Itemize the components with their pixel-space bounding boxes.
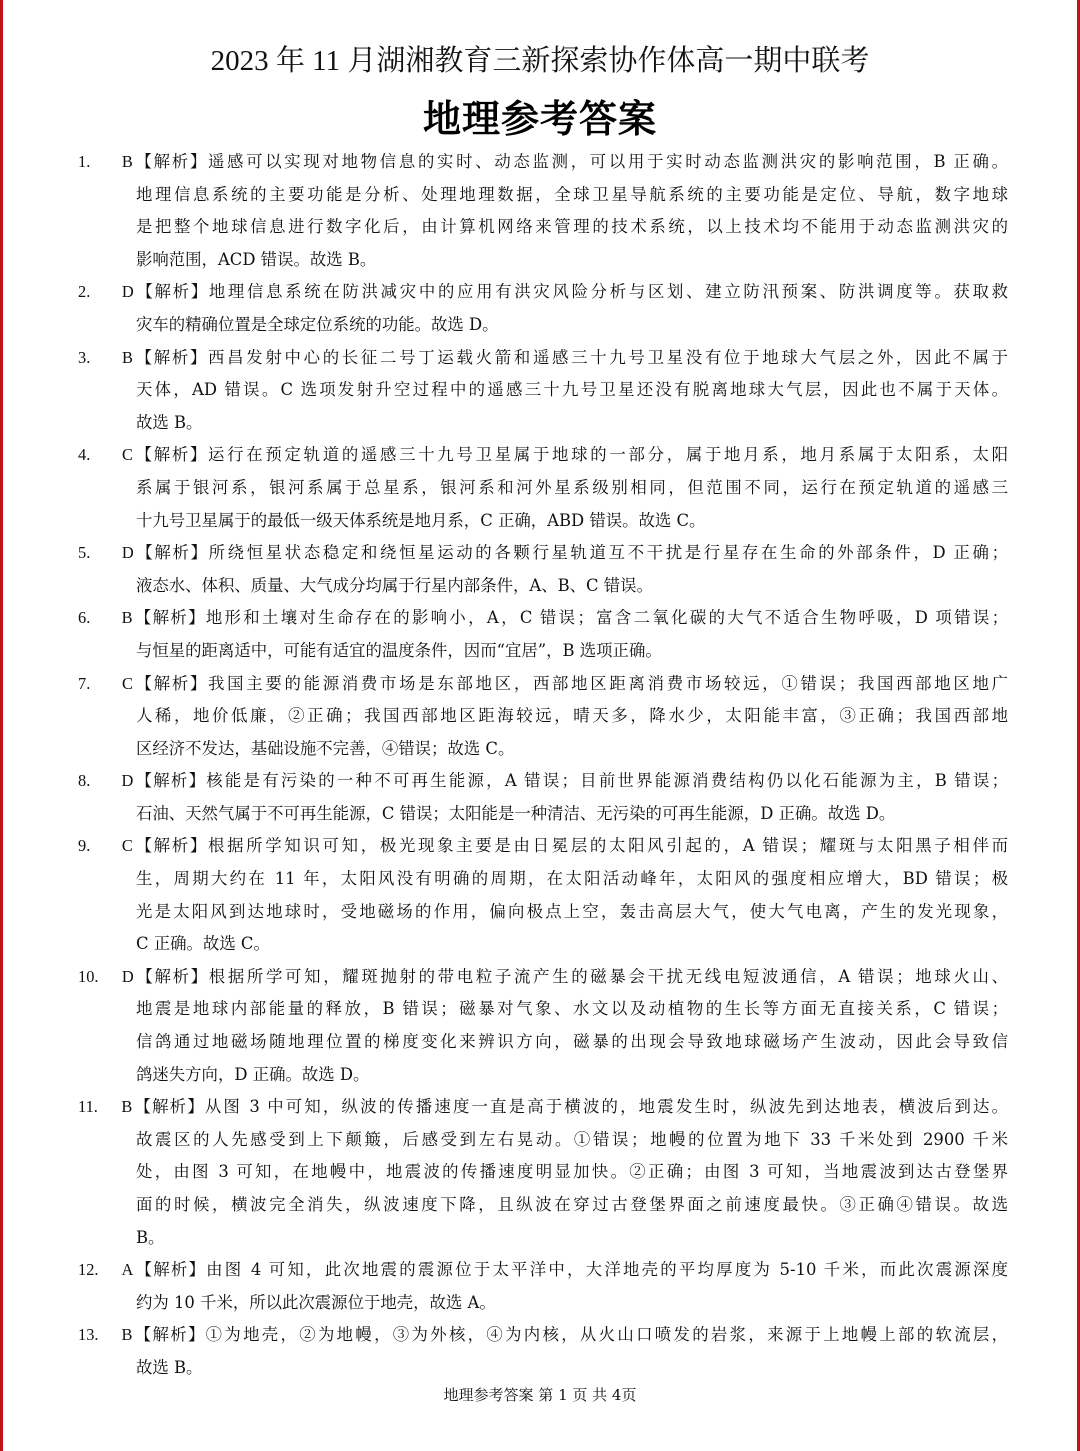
- answer-text: 信鸽通过地磁场随地理位置的梯度变化来辨识方向，磁暴的出现会导致地球磁场产生波动，…: [136, 1032, 1008, 1051]
- answer-first-line: 9. C【解析】根据所学知识可知，极光现象主要是由日冕层的太阳风引起的，A 错误…: [78, 830, 1008, 863]
- answer-continuation-line: 故选 B。: [78, 1352, 1008, 1385]
- answer-text: 核能是有污染的一种不可再生能源，A 错误；目前世界能源消费结构仍以化石能源为主，…: [206, 771, 1008, 790]
- answer-text: 面的时候，横波完全消失，纵波速度下降，且纵波在穿过古登堡界面之前速度最快。③正确…: [136, 1195, 1008, 1214]
- answer-letter: B: [122, 608, 133, 627]
- answer-letter: D: [122, 967, 134, 986]
- answer-text: 是把整个地球信息进行数字化后，由计算机网络来管理的技术系统，以上技术均不能用于动…: [136, 217, 1008, 236]
- answer-first-line: 6. B【解析】地形和土壤对生命存在的影响小，A，C 错误；富含二氧化碳的大气不…: [78, 602, 1008, 635]
- answer-text: 所绕恒星状态稳定和绕恒星运动的各颗行星轨道互不干扰是行星存在生命的外部条件，D …: [209, 543, 1008, 562]
- answer-first-line: 5. D【解析】所绕恒星状态稳定和绕恒星运动的各颗行星轨道互不干扰是行星存在生命…: [78, 537, 1008, 570]
- answer-text: 地理信息系统在防洪减灾中的应用有洪灾风险分析与区划、建立防汛预案、防洪调度等。获…: [209, 282, 1008, 301]
- answer-continuation-line: 系属于银河系，银河系属于总星系，银河系和河外星系级别相同，但范围不同，运行在预定…: [78, 472, 1008, 505]
- question-number: 12.: [78, 1254, 114, 1287]
- answer-item: 2. D【解析】地理信息系统在防洪减灾中的应用有洪灾风险分析与区划、建立防汛预案…: [78, 276, 1008, 341]
- answer-continuation-line: 故选 B。: [78, 407, 1008, 440]
- analysis-tag: 【解析】: [133, 445, 208, 464]
- answer-continuation-line: 面的时候，横波完全消失，纵波速度下降，且纵波在穿过古登堡界面之前速度最快。③正确…: [78, 1189, 1008, 1222]
- question-number: 11.: [78, 1091, 114, 1124]
- answer-text: 由图 4 可知，此次地震的震源位于太平洋中，大洋地壳的平均厚度为 5-10 千米…: [206, 1260, 1008, 1279]
- answer-item: 3. B【解析】西昌发射中心的长征二号丁运载火箭和遥感三十九号卫星没有位于地球大…: [78, 342, 1008, 440]
- answer-text: 区经济不发达，基础设施不完善，④错误；故选 C。: [136, 739, 514, 758]
- answer-first-line: 12. A【解析】由图 4 可知，此次地震的震源位于太平洋中，大洋地壳的平均厚度…: [78, 1254, 1008, 1287]
- analysis-tag: 【解析】: [133, 608, 206, 627]
- answer-letter: D: [122, 282, 134, 301]
- answer-text: 约为 10 千米，所以此次震源位于地壳，故选 A。: [136, 1293, 496, 1312]
- answer-item: 7. C【解析】我国主要的能源消费市场是东部地区，西部地区距离消费市场较远，①错…: [78, 668, 1008, 766]
- answer-text: 西昌发射中心的长征二号丁运载火箭和遥感三十九号卫星没有位于地球大气层之外，因此不…: [208, 348, 1008, 367]
- answer-first-line: 8. D【解析】核能是有污染的一种不可再生能源，A 错误；目前世界能源消费结构仍…: [78, 765, 1008, 798]
- answer-continuation-line: 十九号卫星属于的最低一级天体系统是地月系，C 正确，ABD 错误。故选 C。: [78, 505, 1008, 538]
- question-number: 4.: [78, 439, 114, 472]
- answer-text: 天体，AD 错误。C 选项发射升空过程中的遥感三十九号卫星还没有脱离地球大气层，…: [136, 380, 1008, 399]
- document-title: 2023 年 11 月湖湘教育三新探索协作体高一期中联考: [0, 38, 1080, 79]
- page-footer: 地理参考答案 第 1 页 共 4页: [0, 1384, 1080, 1405]
- question-number: 8.: [78, 765, 114, 798]
- analysis-tag: 【解析】: [132, 1325, 205, 1344]
- analysis-tag: 【解析】: [133, 152, 208, 171]
- answer-text: B。: [136, 1228, 164, 1247]
- question-number: 13.: [78, 1319, 114, 1352]
- answer-letter: A: [121, 1260, 133, 1279]
- answer-continuation-line: 石油、天然气属于不可再生能源，C 错误；太阳能是一种清洁、无污染的可再生能源，D…: [78, 798, 1008, 831]
- answer-continuation-line: 人稀，地价低廉，②正确；我国西部地区距海较远，晴天多，降水少，太阳能丰富，③正确…: [78, 700, 1008, 733]
- answer-continuation-line: 光是太阳风到达地球时，受地磁场的作用，偏向极点上空，轰击高层大气，使大气电离，产…: [78, 896, 1008, 929]
- answer-first-line: 7. C【解析】我国主要的能源消费市场是东部地区，西部地区距离消费市场较远，①错…: [78, 668, 1008, 701]
- page-border-left: [0, 0, 3, 1451]
- question-number: 6.: [78, 602, 114, 635]
- answer-text: C 正确。故选 C。: [136, 934, 270, 953]
- answer-item: 1. B【解析】遥感可以实现对地物信息的实时、动态监测，可以用于实时动态监测洪灾…: [78, 146, 1008, 276]
- answer-continuation-line: 影响范围，ACD 错误。故选 B。: [78, 244, 1008, 277]
- answer-text: 从图 3 中可知，纵波的传播速度一直是高于横波的，地震发生时，纵波先到达地表，横…: [205, 1097, 1008, 1116]
- analysis-tag: 【解析】: [133, 771, 206, 790]
- answer-letter: C: [122, 674, 133, 693]
- answer-continuation-line: 液态水、体积、质量、大气成分均属于行星内部条件，A、B、C 错误。: [78, 570, 1008, 603]
- answer-text: 故震区的人先感受到上下颠簸，后感受到左右晃动。①错误；地幔的位置为地下 33 千…: [136, 1130, 1008, 1149]
- analysis-tag: 【解析】: [133, 674, 208, 693]
- answer-text: 影响范围，ACD 错误。故选 B。: [136, 250, 376, 269]
- answer-text: 人稀，地价低廉，②正确；我国西部地区距海较远，晴天多，降水少，太阳能丰富，③正确…: [136, 706, 1008, 725]
- analysis-tag: 【解析】: [133, 348, 208, 367]
- analysis-tag: 【解析】: [134, 543, 209, 562]
- answer-continuation-line: 约为 10 千米，所以此次震源位于地壳，故选 A。: [78, 1287, 1008, 1320]
- analysis-tag: 【解析】: [133, 836, 208, 855]
- answer-continuation-line: 故震区的人先感受到上下颠簸，后感受到左右晃动。①错误；地幔的位置为地下 33 千…: [78, 1124, 1008, 1157]
- answer-letter: D: [121, 771, 133, 790]
- answer-item: 5. D【解析】所绕恒星状态稳定和绕恒星运动的各颗行星轨道互不干扰是行星存在生命…: [78, 537, 1008, 602]
- question-number: 9.: [78, 830, 114, 863]
- answer-continuation-line: B。: [78, 1222, 1008, 1255]
- answer-text: 故选 B。: [136, 1358, 202, 1377]
- answer-text: 地理信息系统的主要功能是分析、处理地理数据，全球卫星导航系统的主要功能是定位、导…: [136, 185, 1008, 204]
- analysis-tag: 【解析】: [134, 282, 209, 301]
- document-subtitle: 地理参考答案: [0, 88, 1080, 143]
- answer-continuation-line: 灾车的精确位置是全球定位系统的功能。故选 D。: [78, 309, 1008, 342]
- question-number: 2.: [78, 276, 114, 309]
- answer-letter: C: [122, 836, 133, 855]
- answer-item: 4. C【解析】运行在预定轨道的遥感三十九号卫星属于地球的一部分，属于地月系，地…: [78, 439, 1008, 537]
- answer-list: 1. B【解析】遥感可以实现对地物信息的实时、动态监测，可以用于实时动态监测洪灾…: [78, 146, 1008, 1385]
- analysis-tag: 【解析】: [132, 1097, 204, 1116]
- answer-text: 石油、天然气属于不可再生能源，C 错误；太阳能是一种清洁、无污染的可再生能源，D…: [136, 804, 895, 823]
- answer-text: 地形和土壤对生命存在的影响小，A，C 错误；富含二氧化碳的大气不适合生物呼吸，D…: [206, 608, 1008, 627]
- answer-item: 9. C【解析】根据所学知识可知，极光现象主要是由日冕层的太阳风引起的，A 错误…: [78, 830, 1008, 960]
- answer-continuation-line: 是把整个地球信息进行数字化后，由计算机网络来管理的技术系统，以上技术均不能用于动…: [78, 211, 1008, 244]
- question-number: 7.: [78, 668, 114, 701]
- answer-continuation-line: 区经济不发达，基础设施不完善，④错误；故选 C。: [78, 733, 1008, 766]
- answer-text: 故选 B。: [136, 413, 202, 432]
- answer-text: 处，由图 3 可知，在地幔中，地震波的传播速度明显加快。②正确；由图 3 可知，…: [136, 1162, 1008, 1181]
- answer-text: 液态水、体积、质量、大气成分均属于行星内部条件，A、B、C 错误。: [136, 576, 653, 595]
- answer-item: 13. B【解析】①为地壳，②为地幔，③为外核，④为内核，从火山口喷发的岩浆，来…: [78, 1319, 1008, 1384]
- answer-first-line: 11. B【解析】从图 3 中可知，纵波的传播速度一直是高于横波的，地震发生时，…: [78, 1091, 1008, 1124]
- answer-letter: D: [122, 543, 134, 562]
- question-number: 1.: [78, 146, 114, 179]
- answer-text: 系属于银河系，银河系属于总星系，银河系和河外星系级别相同，但范围不同，运行在预定…: [136, 478, 1008, 497]
- answer-text: 根据所学可知，耀斑抛射的带电粒子流产生的磁暴会干扰无线电短波通信，A 错误；地球…: [209, 967, 1008, 986]
- answer-text: 地震是地球内部能量的释放，B 错误；磁暴对气象、水文以及动植物的生长等方面无直接…: [136, 999, 1008, 1018]
- answer-first-line: 10. D【解析】根据所学可知，耀斑抛射的带电粒子流产生的磁暴会干扰无线电短波通…: [78, 961, 1008, 994]
- answer-first-line: 2. D【解析】地理信息系统在防洪减灾中的应用有洪灾风险分析与区划、建立防汛预案…: [78, 276, 1008, 309]
- answer-text: 光是太阳风到达地球时，受地磁场的作用，偏向极点上空，轰击高层大气，使大气电离，产…: [136, 902, 1008, 921]
- answer-continuation-line: 生，周期大约在 11 年，太阳风没有明确的周期，在太阳活动峰年，太阳风的强度相应…: [78, 863, 1008, 896]
- answer-text: ①为地壳，②为地幔，③为外核，④为内核，从火山口喷发的岩浆，来源于上地幔上部的软…: [206, 1325, 1008, 1344]
- answer-continuation-line: 天体，AD 错误。C 选项发射升空过程中的遥感三十九号卫星还没有脱离地球大气层，…: [78, 374, 1008, 407]
- answer-text: 灾车的精确位置是全球定位系统的功能。故选 D。: [136, 315, 499, 334]
- answer-text: 我国主要的能源消费市场是东部地区，西部地区距离消费市场较远，①错误；我国西部地区…: [208, 674, 1008, 693]
- answer-item: 10. D【解析】根据所学可知，耀斑抛射的带电粒子流产生的磁暴会干扰无线电短波通…: [78, 961, 1008, 1091]
- answer-letter: B: [122, 152, 133, 171]
- answer-text: 十九号卫星属于的最低一级天体系统是地月系，C 正确，ABD 错误。故选 C。: [136, 511, 705, 530]
- answer-continuation-line: 鸽迷失方向，D 正确。故选 D。: [78, 1059, 1008, 1092]
- answer-continuation-line: 地理信息系统的主要功能是分析、处理地理数据，全球卫星导航系统的主要功能是定位、导…: [78, 179, 1008, 212]
- answer-text: 根据所学知识可知，极光现象主要是由日冕层的太阳风引起的，A 错误；耀斑与太阳黑子…: [208, 836, 1008, 855]
- answer-letter: B: [122, 348, 133, 367]
- answer-text: 遥感可以实现对地物信息的实时、动态监测，可以用于实时动态监测洪灾的影响范围，B …: [208, 152, 1008, 171]
- answer-continuation-line: 与恒星的距离适中，可能有适宜的温度条件，因而“宜居”，B 选项正确。: [78, 635, 1008, 668]
- analysis-tag: 【解析】: [133, 1260, 206, 1279]
- answer-text: 生，周期大约在 11 年，太阳风没有明确的周期，在太阳活动峰年，太阳风的强度相应…: [136, 869, 1008, 888]
- answer-item: 12. A【解析】由图 4 可知，此次地震的震源位于太平洋中，大洋地壳的平均厚度…: [78, 1254, 1008, 1319]
- answer-text: 鸽迷失方向，D 正确。故选 D。: [136, 1065, 369, 1084]
- question-number: 5.: [78, 537, 114, 570]
- answer-item: 6. B【解析】地形和土壤对生命存在的影响小，A，C 错误；富含二氧化碳的大气不…: [78, 602, 1008, 667]
- answer-letter: B: [121, 1097, 132, 1116]
- answer-text: 与恒星的距离适中，可能有适宜的温度条件，因而“宜居”，B 选项正确。: [136, 641, 662, 660]
- answer-first-line: 1. B【解析】遥感可以实现对地物信息的实时、动态监测，可以用于实时动态监测洪灾…: [78, 146, 1008, 179]
- answer-continuation-line: C 正确。故选 C。: [78, 928, 1008, 961]
- answer-item: 8. D【解析】核能是有污染的一种不可再生能源，A 错误；目前世界能源消费结构仍…: [78, 765, 1008, 830]
- answer-first-line: 4. C【解析】运行在预定轨道的遥感三十九号卫星属于地球的一部分，属于地月系，地…: [78, 439, 1008, 472]
- answer-first-line: 3. B【解析】西昌发射中心的长征二号丁运载火箭和遥感三十九号卫星没有位于地球大…: [78, 342, 1008, 375]
- answer-continuation-line: 地震是地球内部能量的释放，B 错误；磁暴对气象、水文以及动植物的生长等方面无直接…: [78, 993, 1008, 1026]
- analysis-tag: 【解析】: [134, 967, 209, 986]
- answer-letter: C: [122, 445, 133, 464]
- question-number: 3.: [78, 342, 114, 375]
- answer-letter: B: [122, 1325, 133, 1344]
- answer-text: 运行在预定轨道的遥感三十九号卫星属于地球的一部分，属于地月系，地月系属于太阳系，…: [208, 445, 1008, 464]
- answer-continuation-line: 信鸽通过地磁场随地理位置的梯度变化来辨识方向，磁暴的出现会导致地球磁场产生波动，…: [78, 1026, 1008, 1059]
- answer-item: 11. B【解析】从图 3 中可知，纵波的传播速度一直是高于横波的，地震发生时，…: [78, 1091, 1008, 1254]
- question-number: 10.: [78, 961, 114, 994]
- answer-first-line: 13. B【解析】①为地壳，②为地幔，③为外核，④为内核，从火山口喷发的岩浆，来…: [78, 1319, 1008, 1352]
- answer-continuation-line: 处，由图 3 可知，在地幔中，地震波的传播速度明显加快。②正确；由图 3 可知，…: [78, 1156, 1008, 1189]
